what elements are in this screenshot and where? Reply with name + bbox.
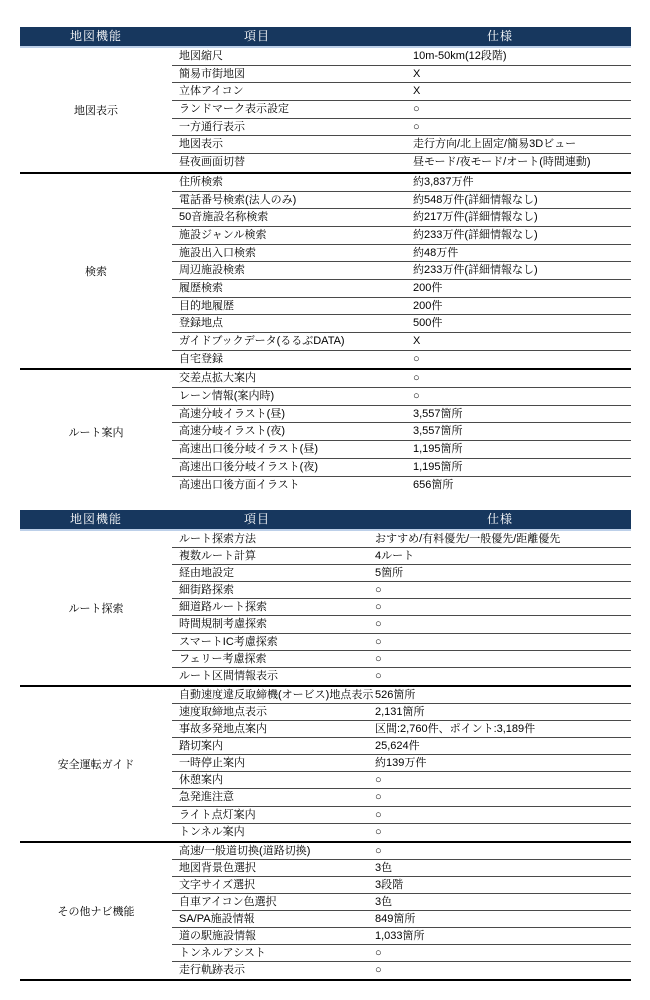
item-cell: 地図縮尺 — [172, 48, 413, 65]
category-rows: 高速/一般道切換(道路切換)○地図背景色選択3色文字サイズ選択3段階自車アイコン… — [172, 843, 631, 980]
item-cell: 自動速度違反取締機(オービス)地点表示 — [172, 687, 375, 703]
spec-cell: 3段階 — [375, 877, 631, 893]
category-group: ルート案内交差点拡大案内○レーン情報(案内時)○高速分岐イラスト(昼)3,557… — [20, 368, 631, 494]
item-cell: 高速/一般道切換(道路切換) — [172, 843, 375, 859]
item-cell: 文字サイズ選択 — [172, 877, 375, 893]
spec-row: 道の駅施設情報1,033箇所 — [172, 928, 631, 945]
category-label: 地図表示 — [20, 48, 172, 172]
spec-cell: 4ルート — [375, 548, 631, 564]
spec-row: ガイドブックデータ(るるぶDATA)X — [172, 333, 631, 351]
spec-row: 地図縮尺10m-50km(12段階) — [172, 48, 631, 66]
spec-row: ルート区間情報表示○ — [172, 668, 631, 685]
spec-row: 交差点拡大案内○ — [172, 370, 631, 388]
item-cell: 履歴検索 — [172, 280, 413, 297]
category-group: 安全運転ガイド自動速度違反取締機(オービス)地点表示526箇所速度取締地点表示2… — [20, 685, 631, 841]
spec-cell: ○ — [413, 101, 631, 118]
spec-row: 施設出入口検索約48万件 — [172, 245, 631, 263]
spec-row: 複数ルート計算4ルート — [172, 548, 631, 565]
spec-cell: 約217万件(詳細情報なし) — [413, 209, 631, 226]
category-label: 検索 — [20, 174, 172, 369]
spec-row: 高速分岐イラスト(昼)3,557箇所 — [172, 406, 631, 424]
item-cell: 交差点拡大案内 — [172, 370, 413, 387]
item-cell: 高速分岐イラスト(昼) — [172, 406, 413, 423]
spec-cell: 走行方向/北上固定/簡易3Dビュー — [413, 136, 631, 153]
spec-row: 細道路ルート探索○ — [172, 599, 631, 616]
map-function-spec-table-1: 地図機能 項目 仕様 地図表示地図縮尺10m-50km(12段階)簡易市街地図X… — [20, 27, 631, 494]
spec-cell: 5箇所 — [375, 565, 631, 581]
spec-cell: ○ — [375, 807, 631, 823]
spec-cell: ○ — [375, 634, 631, 650]
spec-row: 文字サイズ選択3段階 — [172, 877, 631, 894]
spec-cell: 3,557箇所 — [413, 423, 631, 440]
spec-row: 施設ジャンル検索約233万件(詳細情報なし) — [172, 227, 631, 245]
spec-cell: 526箇所 — [375, 687, 631, 703]
category-label: その他ナビ機能 — [20, 843, 172, 980]
item-cell: フェリー考慮探索 — [172, 651, 375, 667]
spec-row: 登録地点500件 — [172, 315, 631, 333]
item-cell: スマートIC考慮探索 — [172, 634, 375, 650]
spec-row: 一方通行表示○ — [172, 119, 631, 137]
item-cell: 細街路探索 — [172, 582, 375, 598]
spec-cell: 2,131箇所 — [375, 704, 631, 720]
item-cell: 高速出口後分岐イラスト(夜) — [172, 459, 413, 476]
spec-cell: ○ — [375, 945, 631, 961]
category-rows: 交差点拡大案内○レーン情報(案内時)○高速分岐イラスト(昼)3,557箇所高速分… — [172, 370, 631, 494]
spec-cell: ○ — [375, 616, 631, 632]
spec-row: 高速/一般道切換(道路切換)○ — [172, 843, 631, 860]
category-rows: 自動速度違反取締機(オービス)地点表示526箇所速度取締地点表示2,131箇所事… — [172, 687, 631, 841]
spec-row: 昼夜画面切替昼モード/夜モード/オート(時間連動) — [172, 154, 631, 172]
spec-row: 自車アイコン色選択3色 — [172, 894, 631, 911]
spec-cell: ○ — [375, 772, 631, 788]
table-body: 地図表示地図縮尺10m-50km(12段階)簡易市街地図X立体アイコンXランドマ… — [20, 48, 631, 494]
category-group: ルート探索ルート探索方法おすすめ/有料優先/一般優先/距離優先複数ルート計算4ル… — [20, 531, 631, 685]
item-cell: レーン情報(案内時) — [172, 388, 413, 405]
spec-cell: 約48万件 — [413, 245, 631, 262]
spec-cell: ○ — [375, 789, 631, 805]
spec-cell: 昼モード/夜モード/オート(時間連動) — [413, 154, 631, 172]
spec-cell: 656箇所 — [413, 477, 631, 495]
category-group: 地図表示地図縮尺10m-50km(12段階)簡易市街地図X立体アイコンXランドマ… — [20, 48, 631, 172]
spec-cell: 約139万件 — [375, 755, 631, 771]
spec-row: 地図背景色選択3色 — [172, 860, 631, 877]
spec-cell: 10m-50km(12段階) — [413, 48, 631, 65]
spec-row: 自宅登録○ — [172, 351, 631, 369]
spec-cell: X — [413, 66, 631, 83]
spec-row: レーン情報(案内時)○ — [172, 388, 631, 406]
spec-row: 高速分岐イラスト(夜)3,557箇所 — [172, 423, 631, 441]
spec-row: 経由地設定5箇所 — [172, 565, 631, 582]
spec-row: ライト点灯案内○ — [172, 807, 631, 824]
item-cell: 一時停止案内 — [172, 755, 375, 771]
spec-row: 休憩案内○ — [172, 772, 631, 789]
spec-cell: 約233万件(詳細情報なし) — [413, 227, 631, 244]
spec-cell: 3色 — [375, 894, 631, 910]
item-cell: 目的地履歴 — [172, 298, 413, 315]
category-group: 検索住所検索約3,837万件電話番号検索(法人のみ)約548万件(詳細情報なし)… — [20, 172, 631, 369]
spec-row: 事故多発地点案内区間:2,760件、ポイント:3,189件 — [172, 721, 631, 738]
spec-row: 目的地履歴200件 — [172, 298, 631, 316]
table-header: 地図機能 項目 仕様 — [20, 27, 631, 48]
item-cell: 細道路ルート探索 — [172, 599, 375, 615]
spec-row: ルート探索方法おすすめ/有料優先/一般優先/距離優先 — [172, 531, 631, 548]
spec-cell: ○ — [375, 962, 631, 979]
spec-cell: ○ — [413, 351, 631, 369]
item-cell: 一方通行表示 — [172, 119, 413, 136]
item-cell: 経由地設定 — [172, 565, 375, 581]
spec-cell: 1,195箇所 — [413, 459, 631, 476]
spec-cell: 200件 — [413, 298, 631, 315]
item-cell: SA/PA施設情報 — [172, 911, 375, 927]
item-cell: 急発進注意 — [172, 789, 375, 805]
spec-row: 一時停止案内約139万件 — [172, 755, 631, 772]
spec-cell: ○ — [375, 668, 631, 685]
spec-row: 自動速度違反取締機(オービス)地点表示526箇所 — [172, 687, 631, 704]
item-cell: トンネル案内 — [172, 824, 375, 841]
category-label: 安全運転ガイド — [20, 687, 172, 841]
spec-cell: ○ — [375, 599, 631, 615]
table-header: 地図機能 項目 仕様 — [20, 510, 631, 531]
spec-row: 簡易市街地図X — [172, 66, 631, 84]
item-cell: 住所検索 — [172, 174, 413, 191]
spec-row: SA/PA施設情報849箇所 — [172, 911, 631, 928]
spec-row: 周辺施設検索約233万件(詳細情報なし) — [172, 262, 631, 280]
spec-cell: 約233万件(詳細情報なし) — [413, 262, 631, 279]
spec-cell: 区間:2,760件、ポイント:3,189件 — [375, 721, 631, 737]
table-body: ルート探索ルート探索方法おすすめ/有料優先/一般優先/距離優先複数ルート計算4ル… — [20, 531, 631, 979]
item-cell: 事故多発地点案内 — [172, 721, 375, 737]
spec-cell: 約3,837万件 — [413, 174, 631, 191]
column-header-item: 項目 — [172, 27, 342, 46]
spec-cell: 849箇所 — [375, 911, 631, 927]
item-cell: 施設ジャンル検索 — [172, 227, 413, 244]
spec-row: 踏切案内25,624件 — [172, 738, 631, 755]
item-cell: 登録地点 — [172, 315, 413, 332]
item-cell: ライト点灯案内 — [172, 807, 375, 823]
spec-cell: X — [413, 83, 631, 100]
spec-sheet-page: { "colors": { "header_bg": "#17375E", "h… — [0, 0, 650, 1000]
spec-cell: 1,195箇所 — [413, 441, 631, 458]
item-cell: 昼夜画面切替 — [172, 154, 413, 172]
spec-cell: ○ — [375, 582, 631, 598]
item-cell: ルート探索方法 — [172, 531, 375, 547]
spec-cell: ○ — [375, 824, 631, 841]
item-cell: 50音施設名称検索 — [172, 209, 413, 226]
item-cell: 立体アイコン — [172, 83, 413, 100]
item-cell: 高速出口後方面イラスト — [172, 477, 413, 495]
item-cell: 複数ルート計算 — [172, 548, 375, 564]
spec-cell: ○ — [413, 388, 631, 405]
spec-row: 住所検索約3,837万件 — [172, 174, 631, 192]
item-cell: 自宅登録 — [172, 351, 413, 369]
column-header-category: 地図機能 — [20, 27, 172, 46]
category-group: その他ナビ機能高速/一般道切換(道路切換)○地図背景色選択3色文字サイズ選択3段… — [20, 841, 631, 980]
item-cell: 休憩案内 — [172, 772, 375, 788]
category-rows: ルート探索方法おすすめ/有料優先/一般優先/距離優先複数ルート計算4ルート経由地… — [172, 531, 631, 685]
item-cell: 踏切案内 — [172, 738, 375, 754]
category-label: ルート案内 — [20, 370, 172, 494]
spec-row: 細街路探索○ — [172, 582, 631, 599]
spec-row: 急発進注意○ — [172, 789, 631, 806]
item-cell: 速度取締地点表示 — [172, 704, 375, 720]
spec-row: フェリー考慮探索○ — [172, 651, 631, 668]
spec-cell: ○ — [413, 370, 631, 387]
item-cell: 周辺施設検索 — [172, 262, 413, 279]
spec-row: 履歴検索200件 — [172, 280, 631, 298]
item-cell: 高速出口後分岐イラスト(昼) — [172, 441, 413, 458]
category-rows: 地図縮尺10m-50km(12段階)簡易市街地図X立体アイコンXランドマーク表示… — [172, 48, 631, 172]
item-cell: ランドマーク表示設定 — [172, 101, 413, 118]
spec-row: 高速出口後方面イラスト656箇所 — [172, 477, 631, 495]
spec-row: 時間規制考慮探索○ — [172, 616, 631, 633]
spec-cell: 500件 — [413, 315, 631, 332]
item-cell: 地図背景色選択 — [172, 860, 375, 876]
spec-cell: ○ — [413, 119, 631, 136]
item-cell: 自車アイコン色選択 — [172, 894, 375, 910]
spec-row: 立体アイコンX — [172, 83, 631, 101]
spec-row: トンネル案内○ — [172, 824, 631, 841]
item-cell: 地図表示 — [172, 136, 413, 153]
spec-cell: 25,624件 — [375, 738, 631, 754]
spec-row: 高速出口後分岐イラスト(夜)1,195箇所 — [172, 459, 631, 477]
spec-row: トンネルアシスト○ — [172, 945, 631, 962]
spec-cell: 約548万件(詳細情報なし) — [413, 192, 631, 209]
category-rows: 住所検索約3,837万件電話番号検索(法人のみ)約548万件(詳細情報なし)50… — [172, 174, 631, 369]
column-header-category: 地図機能 — [20, 510, 172, 529]
spec-row: スマートIC考慮探索○ — [172, 634, 631, 651]
spec-cell: X — [413, 333, 631, 350]
item-cell: 施設出入口検索 — [172, 245, 413, 262]
item-cell: ルート区間情報表示 — [172, 668, 375, 685]
item-cell: 簡易市街地図 — [172, 66, 413, 83]
item-cell: ガイドブックデータ(るるぶDATA) — [172, 333, 413, 350]
spec-cell: ○ — [375, 843, 631, 859]
column-header-spec: 仕様 — [375, 27, 625, 46]
spec-cell: ○ — [375, 651, 631, 667]
item-cell: 時間規制考慮探索 — [172, 616, 375, 632]
spec-row: 電話番号検索(法人のみ)約548万件(詳細情報なし) — [172, 192, 631, 210]
item-cell: 道の駅施設情報 — [172, 928, 375, 944]
spec-row: 50音施設名称検索約217万件(詳細情報なし) — [172, 209, 631, 227]
column-header-item: 項目 — [172, 510, 342, 529]
item-cell: トンネルアシスト — [172, 945, 375, 961]
spec-cell: 3色 — [375, 860, 631, 876]
spec-row: 速度取締地点表示2,131箇所 — [172, 704, 631, 721]
column-header-spec: 仕様 — [375, 510, 625, 529]
item-cell: 高速分岐イラスト(夜) — [172, 423, 413, 440]
spec-cell: おすすめ/有料優先/一般優先/距離優先 — [375, 531, 631, 547]
map-function-spec-table-2: 地図機能 項目 仕様 ルート探索ルート探索方法おすすめ/有料優先/一般優先/距離… — [20, 510, 631, 981]
spec-row: 高速出口後分岐イラスト(昼)1,195箇所 — [172, 441, 631, 459]
spec-row: 地図表示走行方向/北上固定/簡易3Dビュー — [172, 136, 631, 154]
spec-cell: 3,557箇所 — [413, 406, 631, 423]
spec-cell: 1,033箇所 — [375, 928, 631, 944]
item-cell: 電話番号検索(法人のみ) — [172, 192, 413, 209]
category-label: ルート探索 — [20, 531, 172, 685]
spec-cell: 200件 — [413, 280, 631, 297]
spec-row: 走行軌跡表示○ — [172, 962, 631, 979]
spec-row: ランドマーク表示設定○ — [172, 101, 631, 119]
item-cell: 走行軌跡表示 — [172, 962, 375, 979]
